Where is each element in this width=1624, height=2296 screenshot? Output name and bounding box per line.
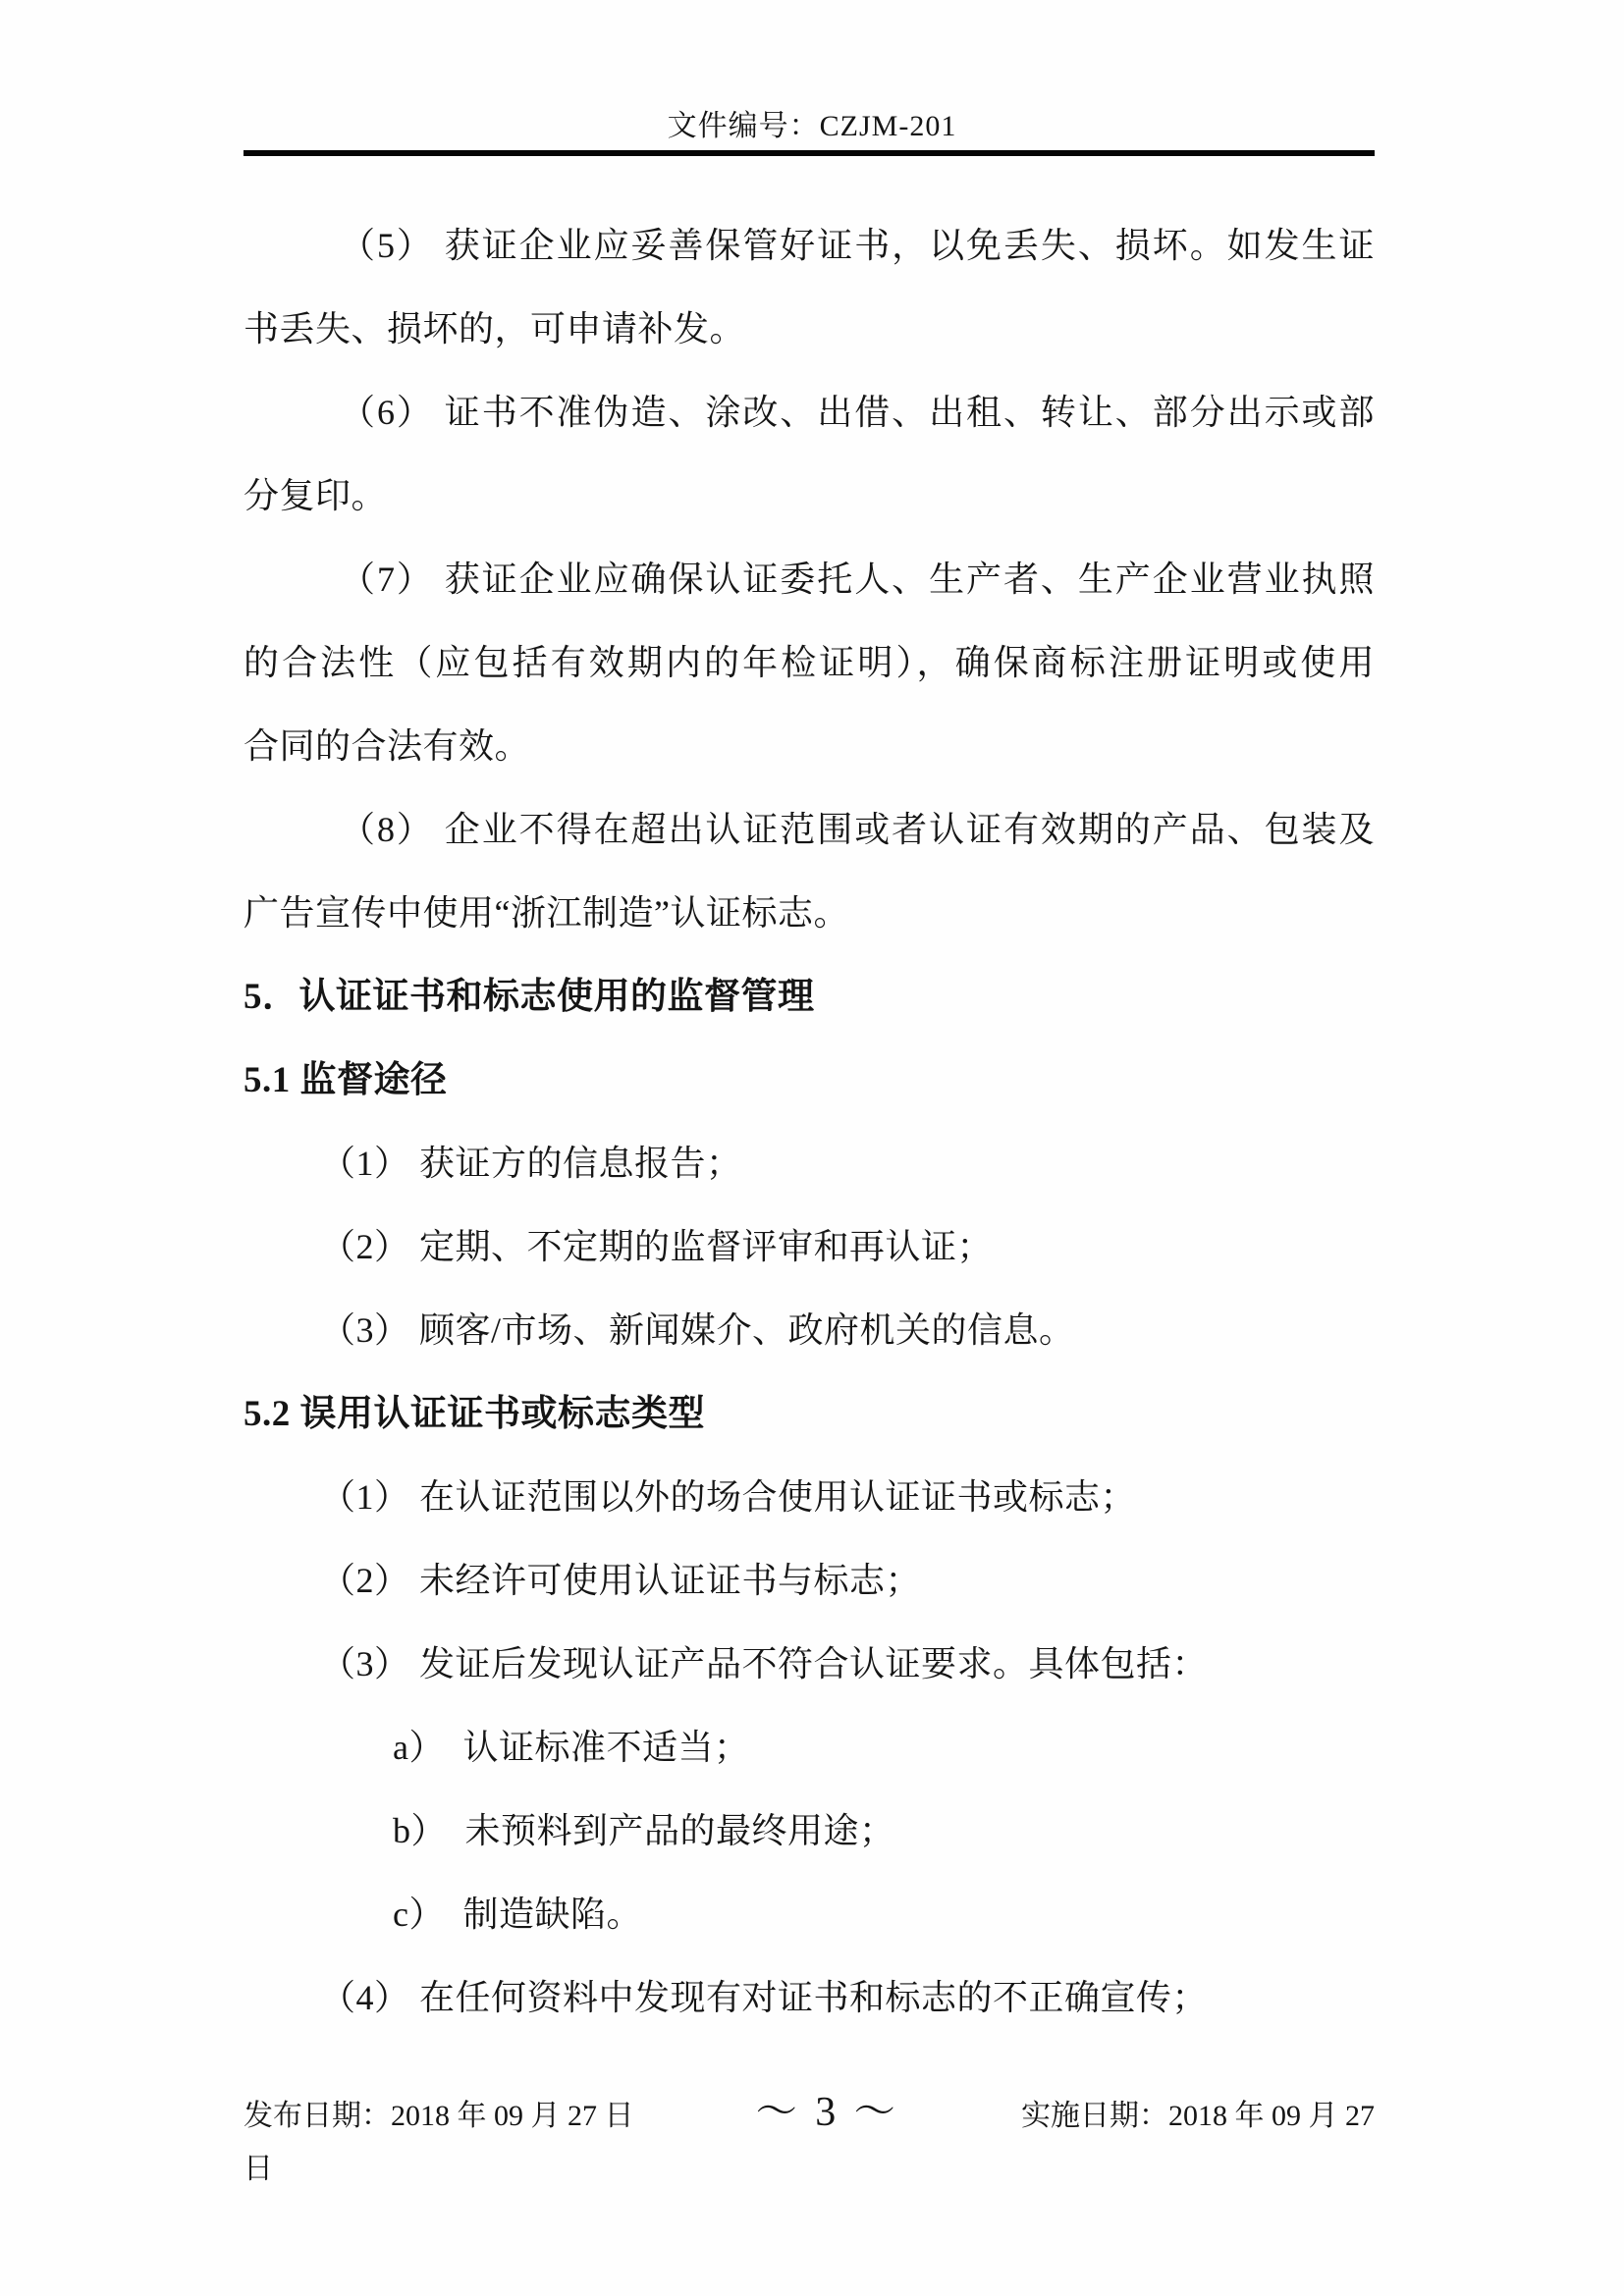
paragraph-line: 合同的合法有效。 — [244, 705, 1375, 788]
doc-number: 文件编号：CZJM-201 — [0, 0, 1624, 143]
paragraph-line: （7） 获证企业应确保认证委托人、生产者、生产企业营业执照 — [244, 538, 1375, 621]
sub-list-item: b） 未预料到产品的最终用途； — [244, 1789, 1375, 1873]
page-header: 文件编号：CZJM-201 — [0, 0, 1624, 156]
implement-date-wrapped-char: 日 — [244, 2148, 1375, 2191]
paragraph-line: （5） 获证企业应妥善保管好证书，以免丢失、损坏。如发生证 — [244, 204, 1375, 288]
section-heading: 5.2 误用认证证书或标志类型 — [244, 1372, 1375, 1456]
release-date: 发布日期：2018 年 09 月 27 日 — [244, 2095, 634, 2138]
list-item: （1） 在认证范围以外的场合使用认证证书或标志； — [244, 1456, 1375, 1539]
header-divider — [244, 150, 1375, 156]
sub-list-item: a） 认证标准不适当； — [244, 1706, 1375, 1789]
page-number: ～ 3 ～ — [756, 2091, 899, 2134]
paragraph-line: 书丢失、损坏的，可申请补发。 — [244, 288, 1375, 371]
document-body: （5） 获证企业应妥善保管好证书，以免丢失、损坏。如发生证书丢失、损坏的，可申请… — [244, 204, 1375, 2040]
list-item: （2） 未经许可使用认证证书与标志； — [244, 1539, 1375, 1623]
page-footer: 发布日期：2018 年 09 月 27 日 ～ 3 ～ 实施日期：2018 年 … — [244, 2091, 1375, 2191]
footer-line: 发布日期：2018 年 09 月 27 日 ～ 3 ～ 实施日期：2018 年 … — [244, 2091, 1375, 2134]
paragraph-line: （8） 企业不得在超出认证范围或者认证有效期的产品、包装及 — [244, 788, 1375, 872]
paragraph-line: 的合法性（应包括有效期内的年检证明），确保商标注册证明或使用 — [244, 621, 1375, 705]
sub-list-item: c） 制造缺陷。 — [244, 1873, 1375, 1956]
paragraph-line: 广告宣传中使用“浙江制造”认证标志。 — [244, 872, 1375, 955]
paragraph-line: （6） 证书不准伪造、涂改、出借、出租、转让、部分出示或部 — [244, 371, 1375, 454]
paragraph-line: 分复印。 — [244, 454, 1375, 538]
list-item: （2） 定期、不定期的监督评审和再认证； — [244, 1205, 1375, 1289]
section-heading: 5．认证证书和标志使用的监督管理 — [244, 955, 1375, 1039]
implement-date: 实施日期：2018 年 09 月 27 — [1021, 2095, 1375, 2138]
document-page: 文件编号：CZJM-201 （5） 获证企业应妥善保管好证书，以免丢失、损坏。如… — [0, 0, 1624, 2296]
list-item: （1） 获证方的信息报告； — [244, 1122, 1375, 1205]
list-item: （3） 发证后发现认证产品不符合认证要求。具体包括： — [244, 1623, 1375, 1706]
section-heading: 5.1 监督途径 — [244, 1039, 1375, 1122]
list-item: （4） 在任何资料中发现有对证书和标志的不正确宣传； — [244, 1956, 1375, 2040]
list-item: （3） 顾客/市场、新闻媒介、政府机关的信息。 — [244, 1289, 1375, 1372]
